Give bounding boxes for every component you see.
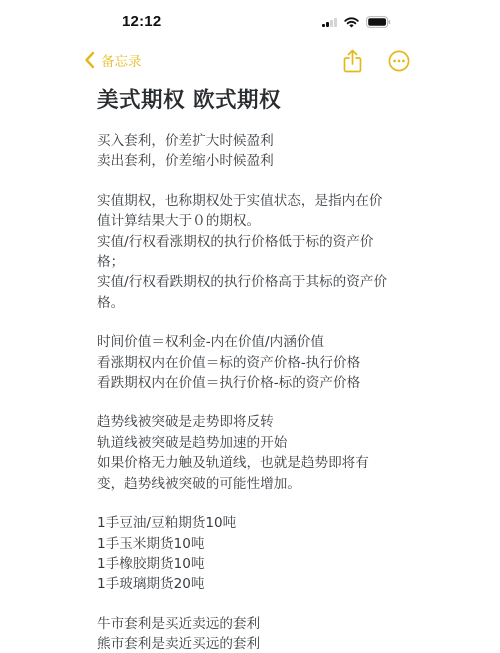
- more-options-button[interactable]: [388, 50, 410, 72]
- note-line: 买入套利，价差扩大时候盈利: [97, 131, 417, 151]
- paragraph-time-value: 时间价值＝权利金-内在价值/内涵价值 看涨期权内在价值＝标的资产价格-执行价格 …: [97, 332, 417, 393]
- note-line: 牛市套利是买近卖远的套利: [97, 614, 417, 634]
- nav-bar: 备忘录: [0, 40, 500, 84]
- note-line: 实值/行权看跌期权的执行价格高于其标的资产价: [97, 272, 417, 292]
- note-line: 值计算结果大于０的期权。: [97, 211, 417, 231]
- back-button[interactable]: 备忘录: [84, 50, 142, 70]
- note-line: 实值/行权看涨期权的执行价格低于标的资产价: [97, 232, 417, 252]
- blank-line: [97, 172, 417, 191]
- cellular-signal-icon: [322, 17, 337, 27]
- blank-line: [97, 393, 417, 412]
- paragraph-trendline: 趋势线被突破是走势即将反转 轨道线被突破是趋势加速的开始 如果价格无力触及轨道线…: [97, 412, 417, 494]
- chevron-left-icon: [84, 51, 95, 69]
- note-line: 熊市套利是卖近买远的套利: [97, 634, 417, 653]
- status-icons: [322, 15, 391, 29]
- note-line: 1手橡胶期货10吨: [97, 554, 417, 574]
- blank-line: [97, 595, 417, 614]
- note-line: 1手玻璃期货20吨: [97, 574, 417, 594]
- paragraph-arbitrage: 买入套利，价差扩大时候盈利 卖出套利，价差缩小时候盈利: [97, 131, 417, 172]
- note-line: 看跌期权内在价值＝执行价格-标的资产价格: [97, 373, 417, 393]
- blank-line: [97, 313, 417, 332]
- note-line: 如果价格无力触及轨道线，也就是趋势即将有: [97, 453, 417, 473]
- note-line: 格；: [97, 252, 417, 272]
- battery-icon: [366, 16, 391, 28]
- wifi-icon: [344, 17, 359, 28]
- status-time: 12:12: [122, 13, 161, 30]
- note-line: 看涨期权内在价值＝标的资产价格-执行价格: [97, 353, 417, 373]
- paragraph-in-the-money: 实值期权，也称期权处于实值状态，是指内在价 值计算结果大于０的期权。 实值/行权…: [97, 191, 417, 313]
- note-body: 买入套利，价差扩大时候盈利 卖出套利，价差缩小时候盈利 实值期权，也称期权处于实…: [97, 131, 417, 653]
- back-label: 备忘录: [101, 50, 142, 70]
- note-line: 1手豆油/豆粕期货10吨: [97, 513, 417, 533]
- note-line: 1手玉米期货10吨: [97, 534, 417, 554]
- note-title: 美式期权 欧式期权: [97, 86, 417, 116]
- note-line: 趋势线被突破是走势即将反转: [97, 412, 417, 432]
- note-content[interactable]: 美式期权 欧式期权 买入套利，价差扩大时候盈利 卖出套利，价差缩小时候盈利 实值…: [97, 86, 417, 653]
- note-line: 轨道线被突破是趋势加速的开始: [97, 433, 417, 453]
- paragraph-contract-sizes: 1手豆油/豆粕期货10吨 1手玉米期货10吨 1手橡胶期货10吨 1手玻璃期货2…: [97, 513, 417, 595]
- ellipsis-circle-icon: [388, 50, 410, 72]
- nav-actions: [343, 49, 410, 73]
- note-line: 卖出套利，价差缩小时候盈利: [97, 151, 417, 171]
- share-icon[interactable]: [343, 49, 362, 73]
- blank-line: [97, 494, 417, 513]
- note-line: 变，趋势线被突破的可能性增加。: [97, 474, 417, 494]
- paragraph-bull-bear-spread: 牛市套利是买近卖远的套利 熊市套利是卖近买远的套利: [97, 614, 417, 653]
- note-line: 实值期权，也称期权处于实值状态，是指内在价: [97, 191, 417, 211]
- note-line: 格。: [97, 293, 417, 313]
- note-line: 时间价值＝权利金-内在价值/内涵价值: [97, 332, 417, 352]
- status-bar: 12:12: [0, 0, 500, 40]
